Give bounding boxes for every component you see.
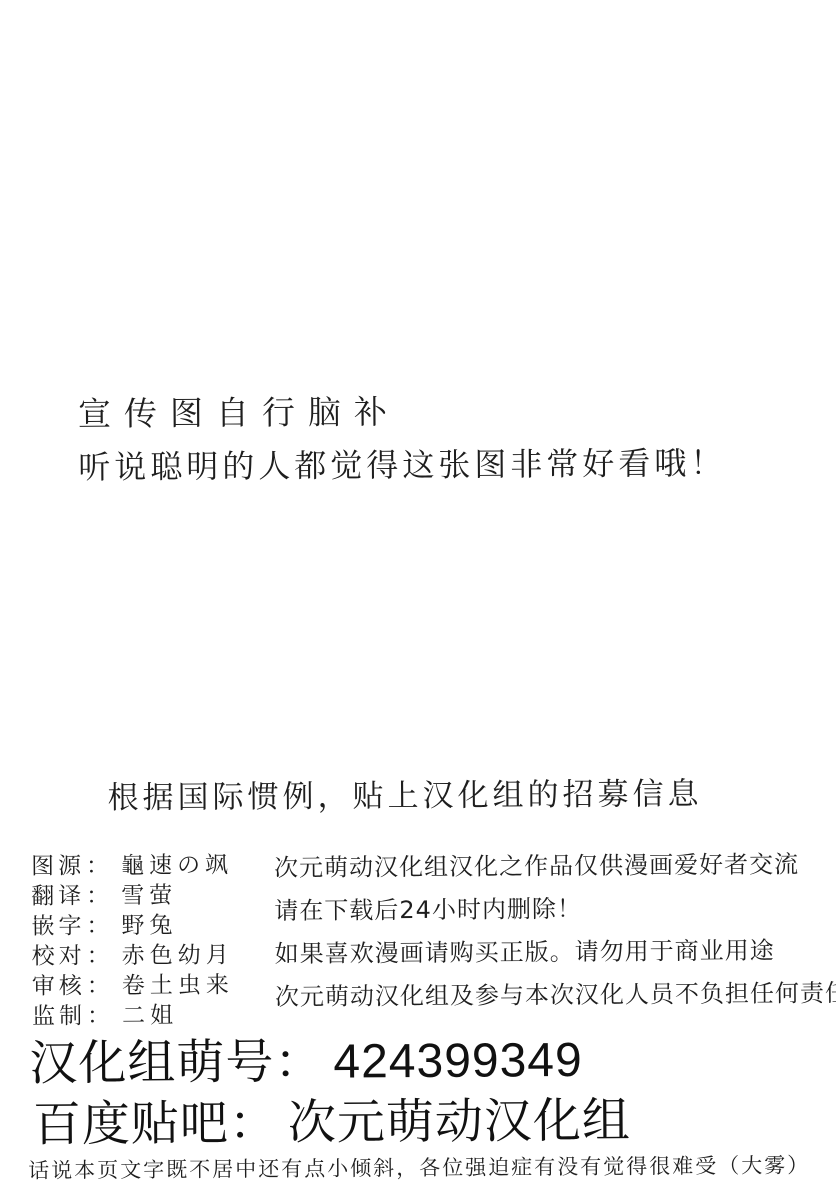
credit-name: 野兔 (121, 913, 177, 939)
credit-role: 审核 (32, 973, 86, 999)
group-number-label: 汉化组萌号： (29, 1036, 323, 1091)
credit-separator: ： (86, 913, 109, 939)
credit-role: 翻译 (31, 883, 85, 909)
credit-row-typesetter: 嵌字：野兔 (31, 910, 233, 941)
credit-separator: ： (87, 973, 110, 999)
credit-row-proofreader: 校对：赤色幼月 (32, 940, 234, 971)
credit-row-reviewer: 审核：卷土虫来 (32, 970, 234, 1001)
credit-name: 龜速の飒 (121, 852, 233, 879)
credit-role: 图源 (31, 853, 85, 879)
promo-note-line1: 宣传图自行脑补 (78, 386, 400, 435)
credit-name: 雪萤 (121, 883, 177, 909)
group-number-value: 424399349 (333, 1034, 583, 1089)
disclaimer-block: 次元萌动汉化组汉化之作品仅供漫画爱好者交流 请在下载后24小时内删除！ 如果喜欢… (274, 843, 836, 1019)
scanlation-credits-page: 宣传图自行脑补 听说聪明的人都觉得这张图非常好看哦！ 根据国际惯例，贴上汉化组的… (0, 0, 836, 1200)
disclaimer-line: 次元萌动汉化组及参与本次汉化人员不负担任何责任 (275, 972, 836, 1019)
credit-separator: ： (87, 943, 110, 969)
credit-separator: ： (86, 853, 109, 879)
disclaimer-line: 如果喜欢漫画请购买正版。请勿用于商业用途 (275, 929, 836, 976)
tieba-value: 次元萌动汉化组 (288, 1095, 631, 1150)
promo-note-line2: 听说聪明的人都觉得这张图非常好看哦！ (78, 438, 726, 489)
credit-role: 嵌字 (31, 913, 85, 939)
footer-joke-note: 话说本页文字既不居中还有点小倾斜，各位强迫症有没有觉得很难受（大雾） (28, 1149, 810, 1184)
credit-separator: ： (86, 883, 109, 909)
tieba-line: 百度贴吧：次元萌动汉化组 (33, 1082, 631, 1155)
disclaimer-line: 请在下载后24小时内删除！ (274, 886, 836, 933)
credit-role: 校对 (32, 943, 86, 969)
recruit-heading: 根据国际惯例，贴上汉化组的招募信息 (107, 768, 702, 817)
credit-row-translator: 翻译：雪萤 (31, 880, 233, 911)
credit-row-source: 图源：龜速の飒 (31, 850, 233, 881)
disclaimer-line: 次元萌动汉化组汉化之作品仅供漫画爱好者交流 (274, 843, 836, 890)
credits-list: 图源：龜速の飒 翻译：雪萤 嵌字：野兔 校对：赤色幼月 审核：卷土虫来 监制：二… (31, 850, 234, 1031)
credit-name: 赤色幼月 (122, 942, 234, 969)
credit-name: 卷土虫来 (122, 972, 234, 999)
tieba-label: 百度贴吧： (33, 1097, 278, 1152)
